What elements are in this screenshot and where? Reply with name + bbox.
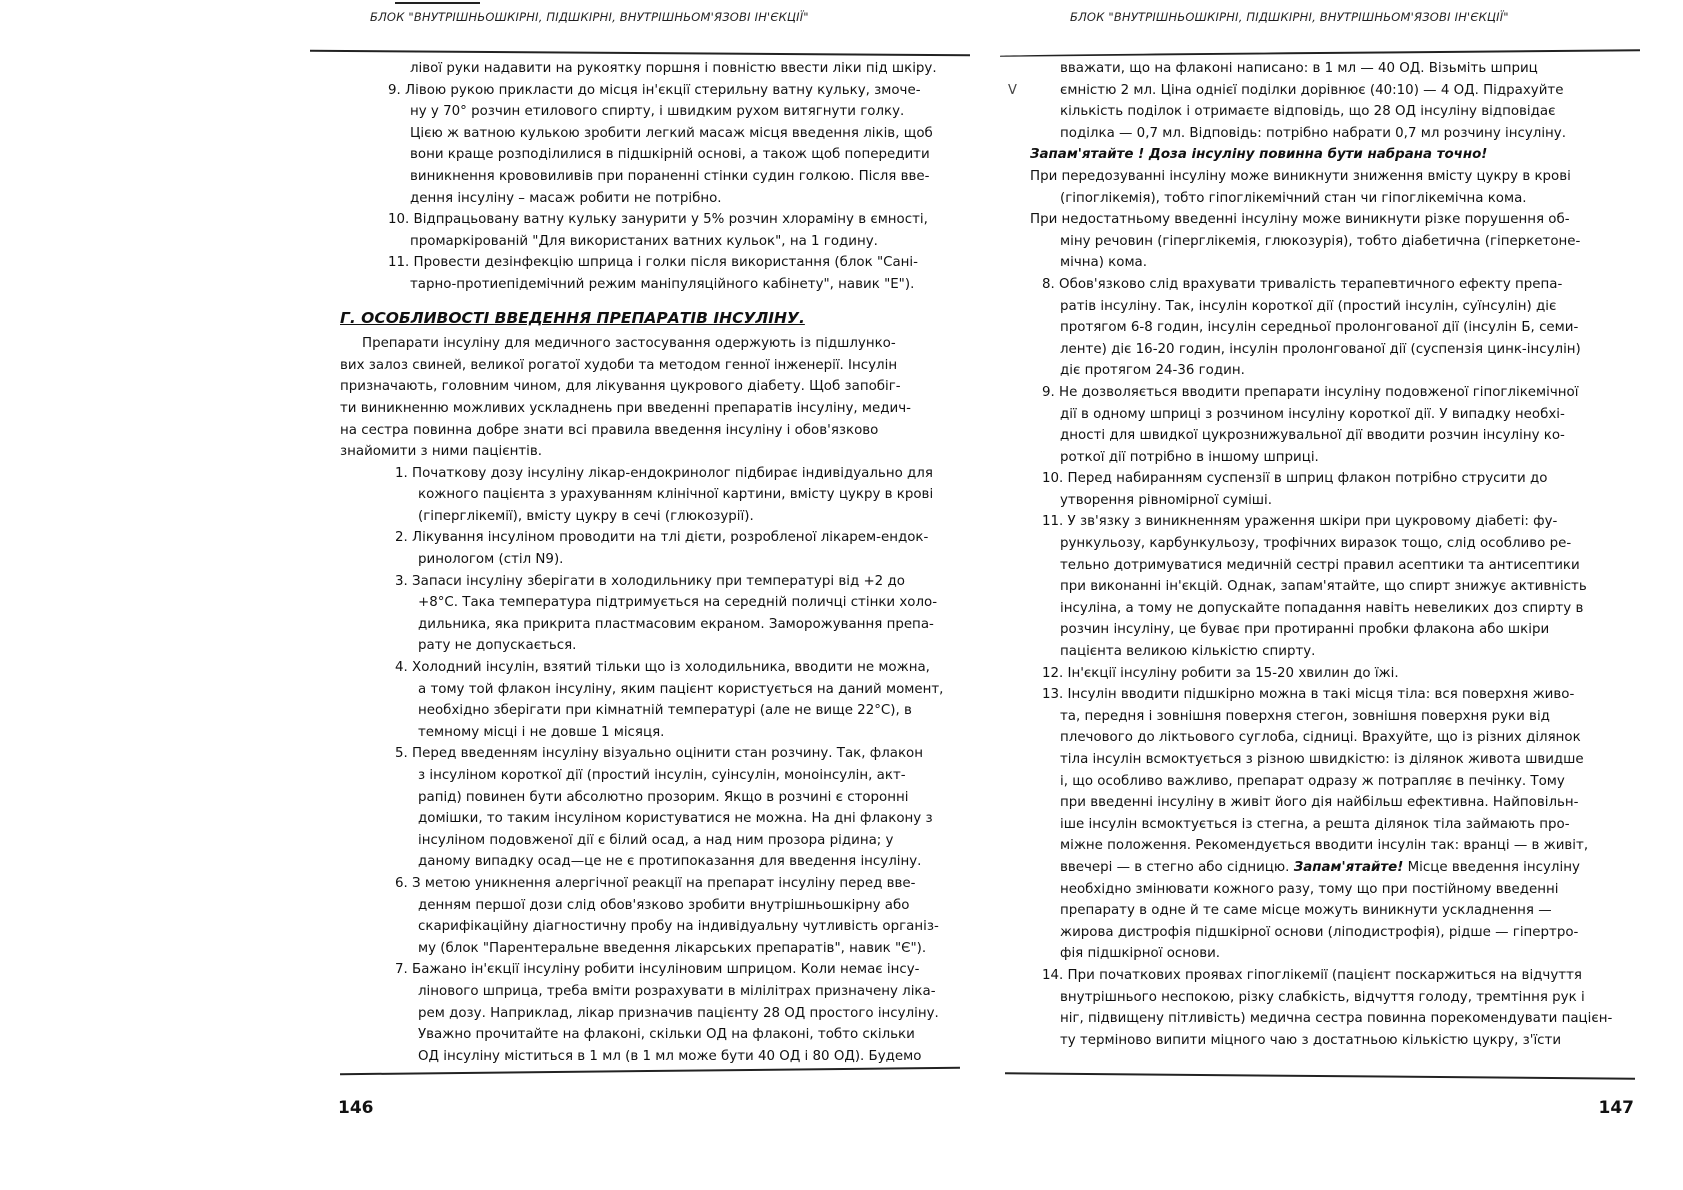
intro-line: на сестра повинна добре знати всі правил… [340, 420, 960, 442]
text-line: діє протягом 24-36 годин. [1030, 360, 1635, 382]
text-line: тельно дотримуватися медичній сестрі пра… [1030, 555, 1635, 577]
page-body: V вважати, що на флаконі написано: в 1 м… [1030, 58, 1635, 1051]
text-line: Уважно прочитайте на флаконі, скільки ОД… [340, 1024, 960, 1046]
header-rule [310, 50, 970, 57]
text-line: лівої руки надавити на рукоятку поршня і… [340, 58, 960, 80]
running-header: БЛОК "ВНУТРІШНЬОШКІРНІ, ПІДШКІРНІ, ВНУТР… [1070, 10, 1509, 24]
footer-rule [1005, 1072, 1635, 1079]
text-line: промаркірованій "Для використаних ватних… [340, 231, 960, 253]
intro-line: призначають, головним чином, для лікуван… [340, 376, 960, 398]
page-number: 147 [1599, 1098, 1635, 1118]
list-item-13: 13. Інсулін вводити підшкірно можна в та… [1030, 684, 1635, 706]
text-line: мічна) кома. [1030, 252, 1635, 274]
text-line: При передозуванні інсуліну може виникнут… [1030, 166, 1635, 188]
running-header: БЛОК "ВНУТРІШНЬОШКІРНІ, ПІДШКІРНІ, ВНУТР… [370, 10, 809, 24]
text-line: міну речовин (гіперглікемія, глюкозурія)… [1030, 231, 1635, 253]
text-line: виникнення крововиливів при пораненні ст… [340, 166, 960, 188]
list-item-7: 7. Бажано ін'єкції інсуліну робити інсул… [340, 959, 960, 981]
text-line: дення інсуліну – масаж робити не потрібн… [340, 188, 960, 210]
intro-line: знайомити з ними пацієнтів. [340, 441, 960, 463]
list-item-3: 3. Запаси інсуліну зберігати в холодильн… [340, 571, 960, 593]
text-line: пацієнта великою кількістю спирту. [1030, 641, 1635, 663]
text-line: препарату в одне й те саме місце можуть … [1030, 900, 1635, 922]
header-rule [1000, 49, 1640, 57]
text-line: плечового до ліктьового суглоба, сідниці… [1030, 727, 1635, 749]
page-number: 146 [338, 1098, 374, 1118]
text-line: кожного пацієнта з урахуванням клінічної… [340, 484, 960, 506]
warning-text: Запам'ятайте ! Доза інсуліну повинна бут… [1030, 144, 1635, 166]
text-line: лінового шприца, треба вміти розрахувати… [340, 981, 960, 1003]
text-line: дильника, яка прикрита пластмасовим екра… [340, 614, 960, 636]
page-body: лівої руки надавити на рукоятку поршня і… [340, 58, 960, 1067]
text-line: дності для швидкої цукрознижувальної дії… [1030, 425, 1635, 447]
section-title: Г. ОСОБЛИВОСТІ ВВЕДЕННЯ ПРЕПАРАТІВ ІНСУЛ… [340, 308, 960, 330]
text-line: ємністю 2 мл. Ціна однієї поділки дорівн… [1030, 80, 1635, 102]
text-line: необхідно зберігати при кімнатній темпер… [340, 700, 960, 722]
text-line: утворення рівномірної суміші. [1030, 490, 1635, 512]
text-line: інсуліном подовженої дії є білий осад, а… [340, 830, 960, 852]
list-item-4: 4. Холодний інсулін, взятий тільки що із… [340, 657, 960, 679]
list-item-11: 11. У зв'язку з виникненням ураження шкі… [1030, 511, 1635, 533]
text-line: дії в одному шприці з розчином інсуліну … [1030, 404, 1635, 426]
text-line: розчин інсуліну, це буває при протиранні… [1030, 619, 1635, 641]
emphasis-text: Запам'ятайте! [1294, 860, 1404, 875]
text-line: поділка — 0,7 мл. Відповідь: потрібно на… [1030, 123, 1635, 145]
text-line: тарно-протиепідемічний режим маніпуляцій… [340, 274, 960, 296]
text-line: ту терміново випити міцного чаю з достат… [1030, 1030, 1635, 1052]
list-item-10: 10. Відпрацьовану ватну кульку занурити … [340, 209, 960, 231]
text-line: вважати, що на флаконі написано: в 1 мл … [1030, 58, 1635, 80]
text-line: внутрішнього неспокою, різку слабкість, … [1030, 987, 1635, 1009]
header-mark [395, 2, 480, 4]
text-line: роткої дії потрібно в іншому шприці. [1030, 447, 1635, 469]
text-line: +8°С. Така температура підтримується на … [340, 592, 960, 614]
text-line: темному місці і не довше 1 місяця. [340, 722, 960, 744]
list-item-10: 10. Перед набиранням суспензії в шприц ф… [1030, 468, 1635, 490]
text-line: фія підшкірної основи. [1030, 943, 1635, 965]
text-line: та, передня і зовнішня поверхня стегон, … [1030, 706, 1635, 728]
text-line: рапід) повинен бути абсолютно прозорим. … [340, 787, 960, 809]
text-line: міжне положення. Рекомендується вводити … [1030, 835, 1635, 857]
text-line: му (блок "Парентеральне введення лікарсь… [340, 938, 960, 960]
left-page: БЛОК "ВНУТРІШНЬОШКІРНІ, ПІДШКІРНІ, ВНУТР… [320, 0, 960, 1190]
list-item-9: 9. Не дозволяється вводити препарати інс… [1030, 382, 1635, 404]
text-line: і, що особливо важливо, препарат одразу … [1030, 771, 1635, 793]
text-line: ніг, підвищену пітливість) медична сестр… [1030, 1008, 1635, 1030]
intro-line: Препарати інсуліну для медичного застосу… [340, 333, 960, 355]
list-item-8: 8. Обов'язково слід врахувати тривалість… [1030, 274, 1635, 296]
intro-line: ти виникненню можливих ускладнень при вв… [340, 398, 960, 420]
text-fragment: Місце введення інсуліну [1403, 860, 1580, 875]
text-line: іше інсулін всмоктується із стегна, а ре… [1030, 814, 1635, 836]
list-item-9: 9. Лівою рукою прикласти до місця ін'єкц… [340, 80, 960, 102]
text-line: рату не допускається. [340, 635, 960, 657]
text-line: а тому той флакон інсуліну, яким пацієнт… [340, 679, 960, 701]
list-item-5: 5. Перед введенням інсуліну візуально оц… [340, 743, 960, 765]
text-line: жирова дистрофія підшкірної основи (ліпо… [1030, 922, 1635, 944]
text-line: При недостатньому введенні інсуліну може… [1030, 209, 1635, 231]
text-fragment: ввечері — в стегно або сідницю. [1060, 860, 1294, 875]
text-line: (гіперглікемії), вмісту цукру в сечі (гл… [340, 506, 960, 528]
text-line: з інсуліном короткої дії (простий інсулі… [340, 765, 960, 787]
text-line: домішки, то таким інсуліном користуватис… [340, 808, 960, 830]
text-line: Цією ж ватною кулькою зробити легкий мас… [340, 123, 960, 145]
list-item-11: 11. Провести дезінфекцію шприца і голки … [340, 252, 960, 274]
footer-rule [340, 1067, 960, 1075]
text-line: даному випадку осад—це не є протипоказан… [340, 851, 960, 873]
intro-line: вих залоз свиней, великої рогатої худоби… [340, 355, 960, 377]
text-line: рем дозу. Наприклад, лікар призначив пац… [340, 1003, 960, 1025]
text-line: ленте) діє 16-20 годин, інсулін пролонго… [1030, 339, 1635, 361]
text-line: скарифікаційну діагностичну пробу на інд… [340, 916, 960, 938]
text-line: протягом 6-8 годин, інсулін середньої пр… [1030, 317, 1635, 339]
text-line: ринологом (стіл N9). [340, 549, 960, 571]
text-line: інсуліна, а тому не допускайте попадання… [1030, 598, 1635, 620]
text-line: необхідно змінювати кожного разу, тому щ… [1030, 879, 1635, 901]
list-item-6: 6. З метою уникнення алергічної реакції … [340, 873, 960, 895]
text-line: кількість поділок і отримаєте відповідь,… [1030, 101, 1635, 123]
text-line: ну у 70° розчин етилового спирту, і швид… [340, 101, 960, 123]
text-line-with-emphasis: ввечері — в стегно або сідницю. Запам'ят… [1030, 857, 1635, 879]
list-item-1: 1. Початкову дозу інсуліну лікар-ендокри… [340, 463, 960, 485]
list-item-12: 12. Ін'єкції інсуліну робити за 15-20 хв… [1030, 663, 1635, 685]
text-line: ратів інсуліну. Так, інсулін короткої ді… [1030, 296, 1635, 318]
text-line: рункульозу, карбункульозу, трофічних вир… [1030, 533, 1635, 555]
text-line: ОД інсуліну міститься в 1 мл (в 1 мл мож… [340, 1046, 960, 1068]
text-line: при введенні інсуліну в живіт його дія н… [1030, 792, 1635, 814]
text-line: (гіпоглікемія), тобто гіпоглікемічний ст… [1030, 188, 1635, 210]
margin-checkmark-icon: V [1008, 80, 1017, 102]
text-line: тіла інсулін всмоктується з різною швидк… [1030, 749, 1635, 771]
list-item-2: 2. Лікування інсуліном проводити на тлі … [340, 527, 960, 549]
list-item-14: 14. При початкових проявах гіпоглікемії … [1030, 965, 1635, 987]
text-line: денням першої дози слід обов'язково зроб… [340, 895, 960, 917]
right-page: БЛОК "ВНУТРІШНЬОШКІРНІ, ПІДШКІРНІ, ВНУТР… [1000, 0, 1640, 1190]
text-line: вони краще розподілилися в підшкірній ос… [340, 144, 960, 166]
text-line: при виконанні ін'єкцій. Однак, запам'ята… [1030, 576, 1635, 598]
